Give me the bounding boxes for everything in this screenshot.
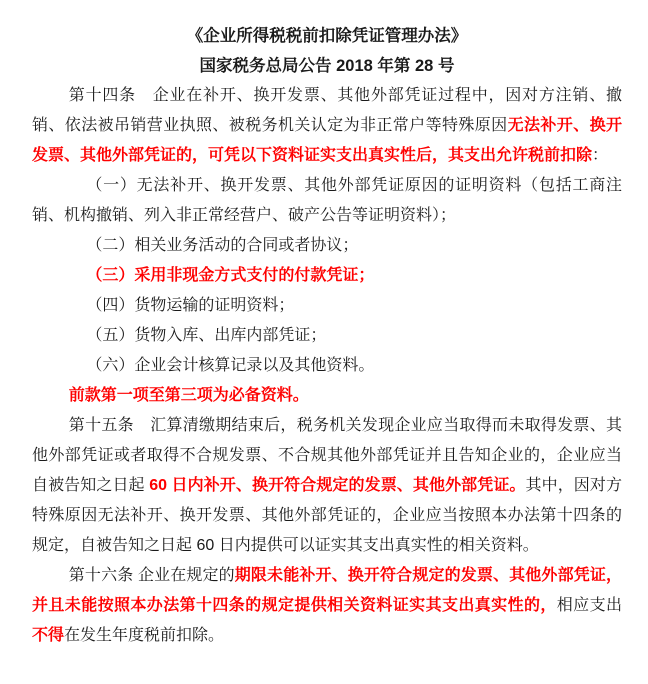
paragraph: 第十六条 企业在规定的期限未能补开、换开符合规定的发票、其他外部凭证，并且未能按… [32,561,622,651]
text-run: 第十六条 企业在规定的 [69,567,235,584]
emphasis-text-run: 不得 [32,627,64,644]
text-run: 相应支出 [557,597,622,614]
text-run: ： [592,147,608,164]
list-item-paragraph: （四）货物运输的证明资料； [32,291,622,321]
text-run: （四）货物运输的证明资料； [86,297,294,314]
text-run: （一）无法补开、换开发票、其他外部凭证原因的证明资料（包括工商注销、机构撤销、列… [32,177,622,224]
paragraph: 第十四条 企业在补开、换开发票、其他外部凭证过程中，因对方注销、撤销、依法被吊销… [32,81,622,171]
document-page: 《企业所得税税前扣除凭证管理办法》 国家税务总局公告 2018 年第 28 号 … [0,0,648,684]
document-body: 第十四条 企业在补开、换开发票、其他外部凭证过程中，因对方注销、撤销、依法被吊销… [32,81,622,651]
list-item-paragraph: （二）相关业务活动的合同或者协议； [32,231,622,261]
emphasis-text-run: （三）采用非现金方式支付的付款凭证； [86,267,374,284]
paragraph: 第十五条 汇算清缴期结束后，税务机关发现企业应当取得而未取得发票、其他外部凭证或… [32,411,622,561]
emphasis-text-run: 前款第一项至第三项为必备资料。 [69,387,309,404]
document-title: 《企业所得税税前扣除凭证管理办法》 [32,21,622,51]
list-item-paragraph: （三）采用非现金方式支付的付款凭证； [32,261,622,291]
list-item-paragraph: （五）货物入库、出库内部凭证； [32,321,622,351]
text-run: （五）货物入库、出库内部凭证； [86,327,326,344]
text-run: 在发生年度税前扣除。 [64,627,224,644]
emphasis-text-run: 60 日内补开、换开符合规定的发票、其他外部凭证。 [149,477,525,494]
list-item-paragraph: （六）企业会计核算记录以及其他资料。 [32,351,622,381]
document-subtitle: 国家税务总局公告 2018 年第 28 号 [32,51,622,81]
list-item-paragraph: （一）无法补开、换开发票、其他外部凭证原因的证明资料（包括工商注销、机构撤销、列… [32,171,622,231]
text-run: （二）相关业务活动的合同或者协议； [86,237,358,254]
text-run: （六）企业会计核算记录以及其他资料。 [86,357,374,374]
paragraph: 前款第一项至第三项为必备资料。 [32,381,622,411]
